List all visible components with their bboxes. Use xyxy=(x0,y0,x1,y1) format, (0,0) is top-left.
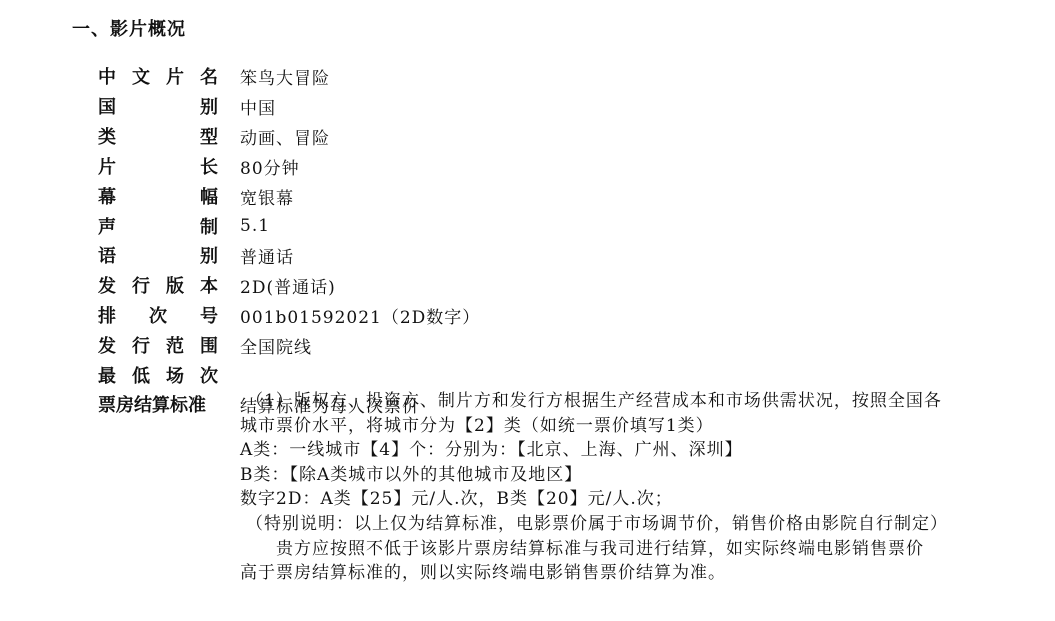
field-label-char: 行 xyxy=(132,332,150,358)
field-label-char: 类 xyxy=(98,123,116,149)
field-value: 2D(普通话) xyxy=(240,273,336,298)
field-value: 全国院线 xyxy=(240,333,312,358)
field-value: 001b01592021（2D数字） xyxy=(240,303,480,328)
field-label: 发行范围 xyxy=(98,332,218,358)
settlement-paragraph: 贵方应按照不低于该影片票房结算标准与我司进行结算，如实际终端电影销售票价 xyxy=(240,537,1000,562)
field-row: 排次号001b01592021（2D数字） xyxy=(98,300,218,330)
field-value: 5.1 xyxy=(240,216,270,236)
field-value: 动画、冒险 xyxy=(240,124,330,149)
field-value: 宽银幕 xyxy=(240,184,294,209)
field-label: 幕幅 xyxy=(98,183,218,209)
field-label-char: 版 xyxy=(166,272,184,298)
field-label-char: 名 xyxy=(200,63,218,89)
field-label-char: 幅 xyxy=(200,183,218,209)
field-label-char: 型 xyxy=(200,123,218,149)
field-value: 笨鸟大冒险 xyxy=(240,64,330,89)
field-label: 声制 xyxy=(98,213,218,239)
field-value: 普通话 xyxy=(240,243,294,268)
field-value: 80分钟 xyxy=(240,154,300,179)
field-label-char: 次 xyxy=(200,362,218,388)
field-value: 中国 xyxy=(240,94,276,119)
field-label-char: 声 xyxy=(98,213,116,239)
field-label-char: 号 xyxy=(200,302,218,328)
settlement-paragraph: 高于票房结算标准的，则以实际终端电影销售票价结算为准。 xyxy=(240,561,1000,586)
field-label: 票房结算标准 xyxy=(98,391,218,417)
field-label-char: 最 xyxy=(98,362,116,388)
section-title: 一、影片概况 xyxy=(72,18,186,42)
field-row: 片长80分钟 xyxy=(98,151,218,181)
field-row: 发行范围全国院线 xyxy=(98,330,218,360)
field-label-char: 场 xyxy=(166,362,184,388)
field-label-char: 中 xyxy=(98,63,116,89)
field-row: 最低场次 xyxy=(98,360,218,390)
field-row: 国别中国 xyxy=(98,91,218,121)
settlement-note: （特别说明：以上仅为结算标准，电影票价属于市场调节价，销售价格由影院自行制定） xyxy=(240,512,1000,537)
settlement-line: 数字2D：A类【25】元/人.次，B类【20】元/人.次； xyxy=(240,487,1000,512)
field-label: 语别 xyxy=(98,242,218,268)
field-row: 票房结算标准结算标准为每人次票价 xyxy=(98,389,218,419)
settlement-details: （1）版权方、投资方、制片方和发行方根据生产经营成本和市场供需状况，按照全国各 … xyxy=(240,389,1000,586)
field-label-char: 片 xyxy=(98,153,116,179)
field-label-char: 别 xyxy=(200,242,218,268)
field-label: 片长 xyxy=(98,153,218,179)
field-label: 中文片名 xyxy=(98,63,218,89)
field-label-char: 本 xyxy=(200,272,218,298)
field-label-char: 文 xyxy=(132,63,150,89)
field-row: 声制5.1 xyxy=(98,211,218,241)
field-label-char: 国 xyxy=(98,93,116,119)
field-label-char: 发 xyxy=(98,272,116,298)
field-label: 发行版本 xyxy=(98,272,218,298)
field-label-char: 范 xyxy=(166,332,184,358)
field-label-char: 行 xyxy=(132,272,150,298)
field-row: 中文片名笨鸟大冒险 xyxy=(98,61,218,91)
field-label-char: 次 xyxy=(149,302,167,328)
field-label-char: 低 xyxy=(132,362,150,388)
settlement-line: A类：一线城市【4】个：分别为：【北京、上海、广州、深圳】 xyxy=(240,438,1000,463)
field-label-char: 围 xyxy=(200,332,218,358)
field-label: 排次号 xyxy=(98,302,218,328)
field-label: 类型 xyxy=(98,123,218,149)
field-label-char: 幕 xyxy=(98,183,116,209)
field-label-char: 长 xyxy=(200,153,218,179)
field-label-char: 票房结算标准 xyxy=(98,391,206,417)
field-label: 最低场次 xyxy=(98,362,218,388)
field-row: 幕幅宽银幕 xyxy=(98,181,218,211)
field-label: 国别 xyxy=(98,93,218,119)
field-label-char: 语 xyxy=(98,242,116,268)
settlement-line: （1）版权方、投资方、制片方和发行方根据生产经营成本和市场供需状况，按照全国各 xyxy=(240,389,1000,414)
settlement-line: 城市票价水平，将城市分为【2】类（如统一票价填写1类） xyxy=(240,414,1000,439)
field-label-char: 发 xyxy=(98,332,116,358)
field-label-char: 别 xyxy=(200,93,218,119)
field-label-char: 片 xyxy=(166,63,184,89)
field-row: 语别普通话 xyxy=(98,240,218,270)
field-label-char: 排 xyxy=(98,302,116,328)
field-row: 发行版本2D(普通话) xyxy=(98,270,218,300)
field-row: 类型动画、冒险 xyxy=(98,121,218,151)
settlement-line: B类：【除A类城市以外的其他城市及地区】 xyxy=(240,463,1000,488)
field-label-char: 制 xyxy=(200,213,218,239)
